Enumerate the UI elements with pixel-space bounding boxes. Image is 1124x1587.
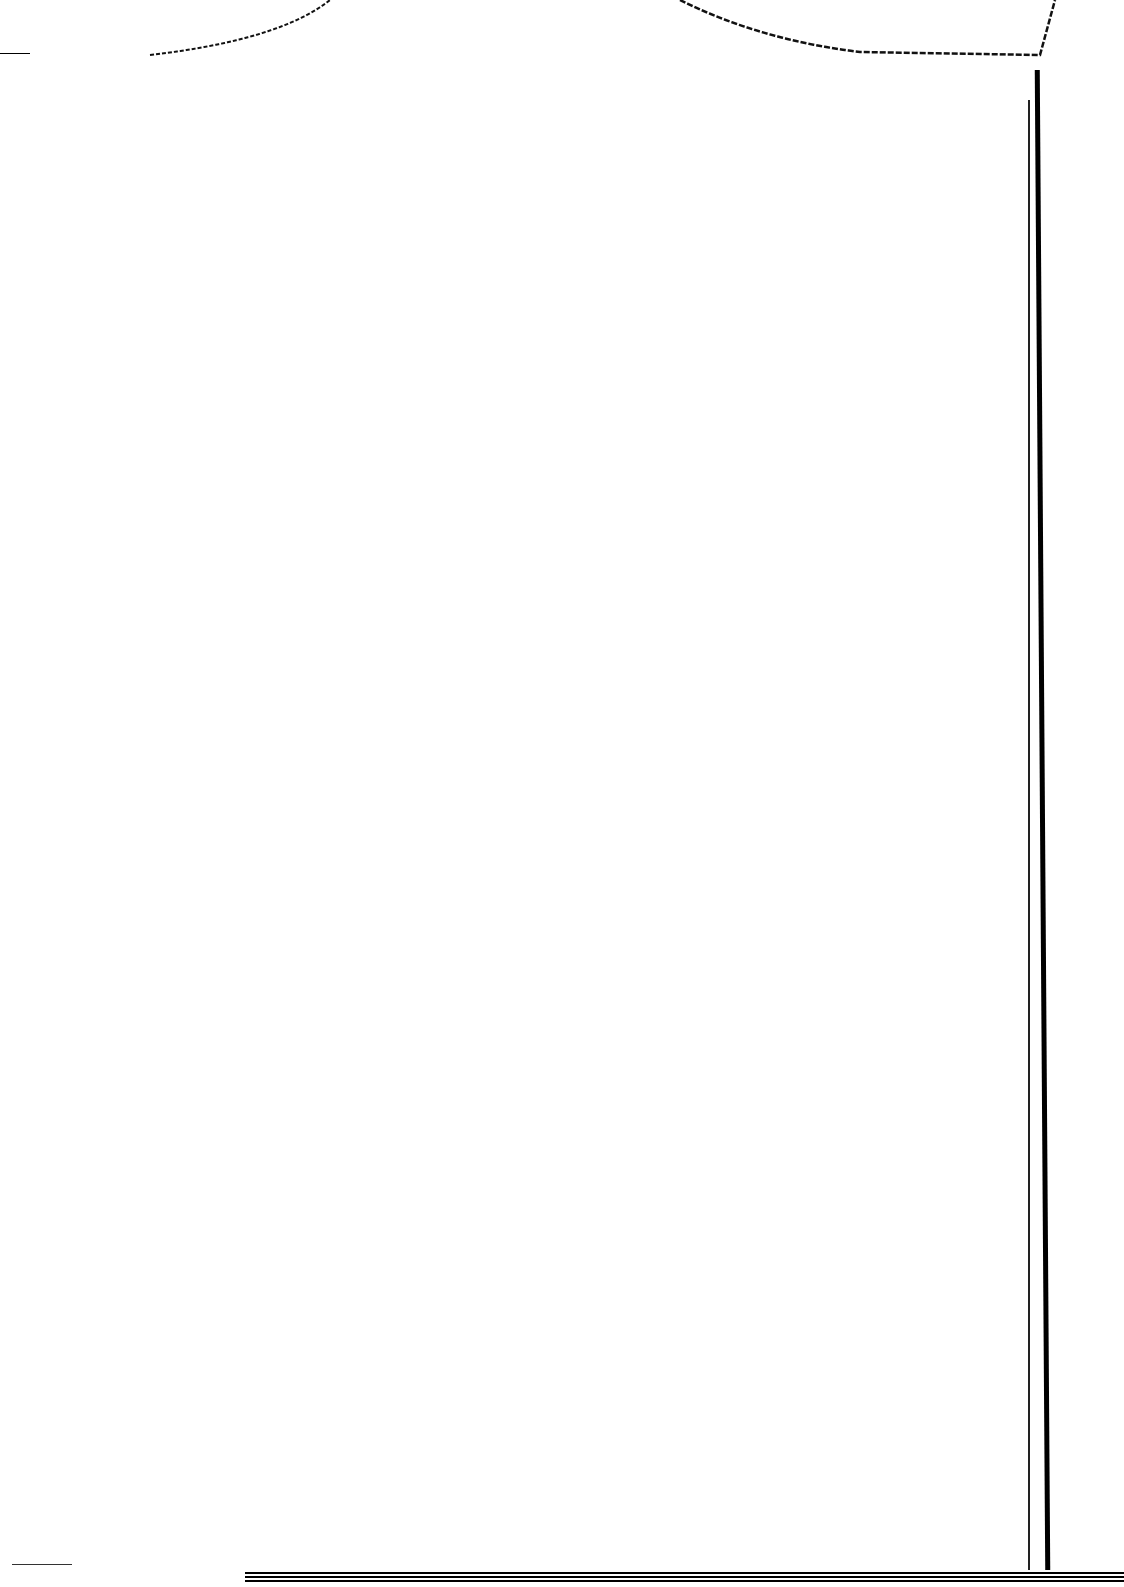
- page-edge-shadow: [1035, 70, 1050, 1570]
- page-bottom-edge: [245, 1572, 1124, 1582]
- page-curl-edge: [0, 0, 1124, 80]
- scan-artifact-line: [12, 1564, 72, 1565]
- scan-artifact-line: [0, 53, 30, 54]
- page-edge-line: [1028, 100, 1030, 1570]
- blank-scanned-page: [0, 0, 1124, 1587]
